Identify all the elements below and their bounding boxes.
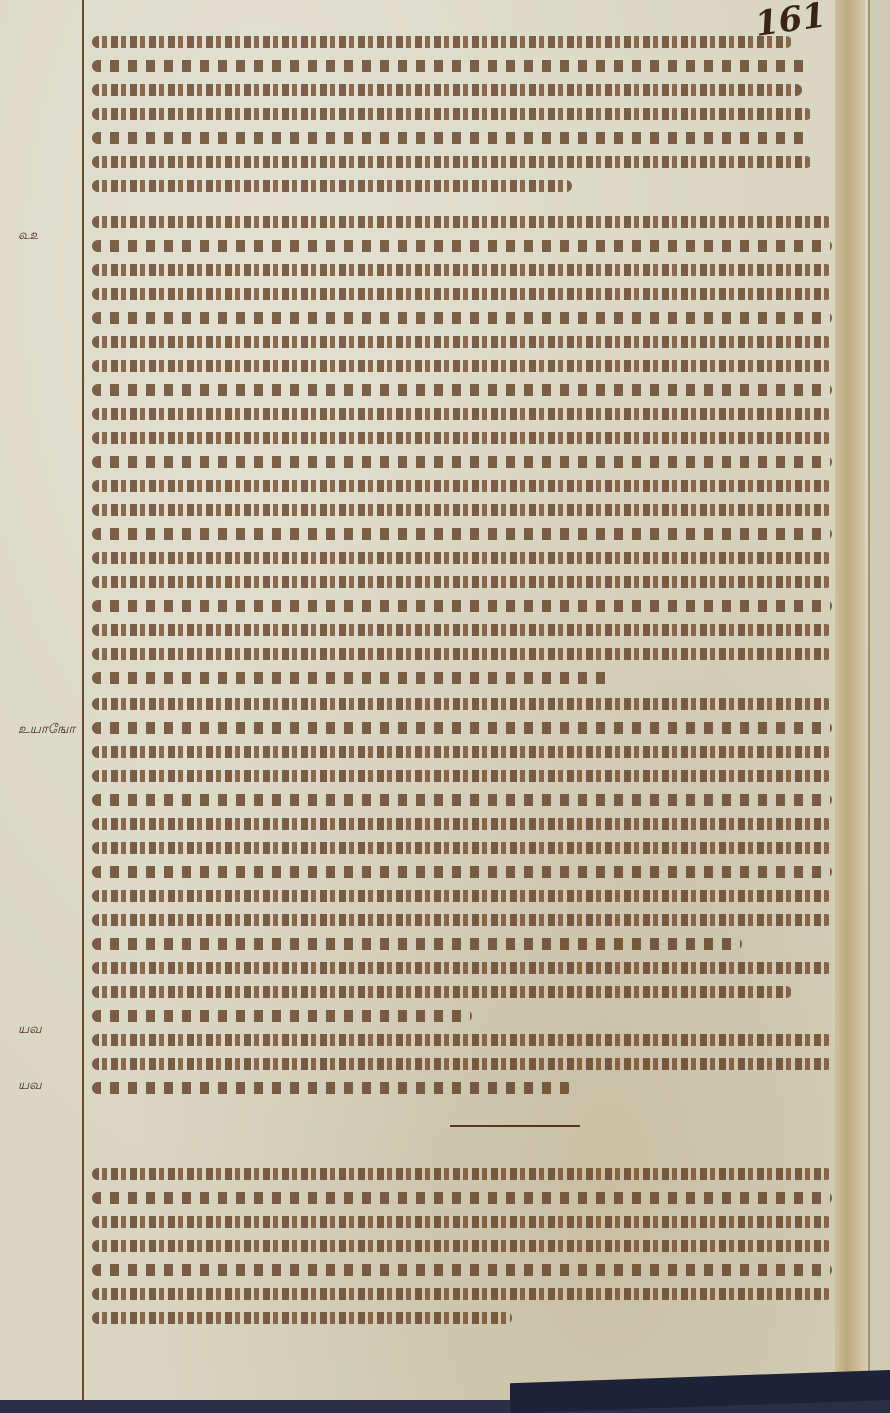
handwritten-line bbox=[92, 1312, 512, 1324]
handwritten-line bbox=[92, 1082, 572, 1094]
handwritten-line bbox=[92, 216, 832, 228]
handwritten-line bbox=[92, 1240, 832, 1252]
handwritten-line bbox=[92, 866, 832, 878]
handwritten-line bbox=[92, 480, 832, 492]
signature-underline bbox=[450, 1125, 580, 1127]
handwritten-line bbox=[92, 312, 832, 324]
handwritten-line bbox=[92, 1168, 832, 1180]
handwritten-line bbox=[92, 408, 832, 420]
handwritten-line bbox=[92, 240, 832, 252]
margin-note: யவ bbox=[18, 1078, 42, 1094]
margin-note: ௳௨ bbox=[18, 228, 39, 244]
handwritten-line bbox=[92, 770, 832, 782]
handwritten-line bbox=[92, 180, 572, 192]
handwritten-line bbox=[92, 528, 832, 540]
margin-rule bbox=[82, 0, 84, 1400]
handwritten-line bbox=[92, 336, 832, 348]
handwritten-line bbox=[92, 156, 812, 168]
handwritten-line bbox=[92, 890, 832, 902]
handwritten-line bbox=[92, 264, 832, 276]
handwritten-line bbox=[92, 132, 807, 144]
handwritten-line bbox=[92, 360, 832, 372]
handwritten-line bbox=[92, 36, 792, 48]
handwritten-line bbox=[92, 1216, 832, 1228]
handwritten-line bbox=[92, 504, 832, 516]
handwritten-line bbox=[92, 818, 832, 830]
handwritten-line bbox=[92, 698, 832, 710]
handwritten-line bbox=[92, 938, 742, 950]
margin-note: யவ bbox=[18, 1022, 42, 1038]
manuscript-page: 161 ௳௨உயாஙோயவயவ bbox=[0, 0, 868, 1400]
handwritten-line bbox=[92, 722, 832, 734]
handwritten-line bbox=[92, 576, 832, 588]
margin-note: உயாஙோ bbox=[18, 722, 75, 738]
handwritten-line bbox=[92, 914, 832, 926]
handwritten-line bbox=[92, 600, 832, 612]
handwritten-line bbox=[92, 962, 832, 974]
handwritten-line bbox=[92, 60, 812, 72]
facing-page-edge bbox=[868, 0, 890, 1400]
handwritten-line bbox=[92, 84, 802, 96]
handwritten-line bbox=[92, 1192, 832, 1204]
handwritten-line bbox=[92, 1010, 472, 1022]
handwritten-line bbox=[92, 1264, 832, 1276]
handwritten-line bbox=[92, 384, 832, 396]
handwritten-line bbox=[92, 432, 832, 444]
handwritten-line bbox=[92, 794, 832, 806]
handwritten-line bbox=[92, 986, 792, 998]
handwritten-line bbox=[92, 1034, 832, 1046]
handwritten-line bbox=[92, 648, 832, 660]
handwritten-line bbox=[92, 672, 612, 684]
handwritten-line bbox=[92, 1288, 832, 1300]
handwritten-line bbox=[92, 552, 832, 564]
handwritten-line bbox=[92, 288, 832, 300]
handwritten-line bbox=[92, 456, 832, 468]
handwritten-line bbox=[92, 1058, 832, 1070]
handwritten-line bbox=[92, 108, 812, 120]
handwritten-line bbox=[92, 842, 832, 854]
handwritten-line bbox=[92, 624, 832, 636]
handwritten-line bbox=[92, 746, 832, 758]
page-fold bbox=[835, 0, 865, 1400]
